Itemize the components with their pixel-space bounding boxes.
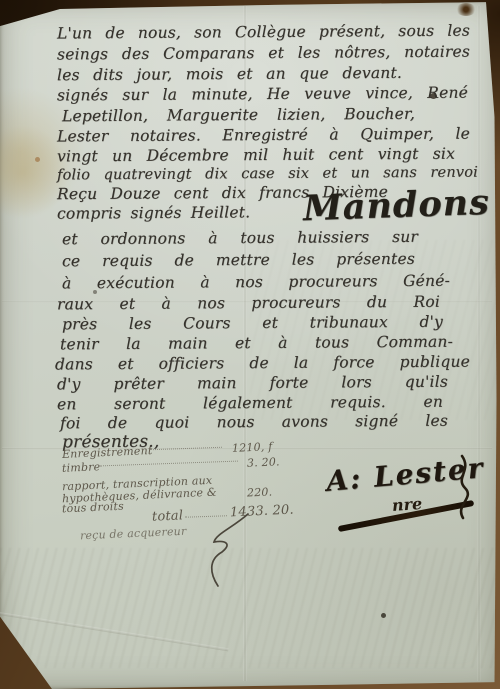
manuscript-line: ce requis de mettre les présentes	[62, 249, 415, 271]
manuscript-line: Lepetillon, Marguerite lizien, Boucher,	[62, 104, 415, 126]
fee-row: timbre	[62, 460, 101, 475]
fee-amount: 3. 20.	[247, 455, 280, 469]
manuscript-line: d'y prêter main forte lors qu'ils	[57, 372, 448, 395]
ink-dot	[381, 613, 386, 618]
corner-crease	[0, 608, 229, 652]
photograph-background: L'un de nous, son Collègue présent, sous…	[0, 0, 500, 689]
fee-amount: 220.	[247, 485, 273, 499]
fee-row: Enregistrement	[62, 444, 153, 461]
manuscript-line: L'un de nous, son Collègue présent, sous…	[57, 21, 470, 44]
manuscript-paper-sheet: L'un de nous, son Collègue présent, sous…	[0, 0, 500, 689]
manuscript-line: raux et à nos procureurs du Roi	[57, 292, 440, 315]
manuscript-line: signés sur la minute, He veuve vince, Re…	[57, 83, 468, 106]
fee-row: tous droits	[62, 500, 124, 516]
manuscript-line: à exécution à nos procureurs Géné-	[62, 271, 450, 294]
pen-flourish-mark	[196, 512, 252, 592]
fee-label: Enregistrement	[62, 444, 153, 461]
corner-blot	[456, 3, 476, 16]
manuscript-line: les dits jour, mois et an que devant.	[57, 63, 402, 85]
mandons-word: Mandons	[302, 183, 490, 229]
manuscript-line: seings des Comparans et les nôtres, nota…	[57, 42, 470, 65]
leader-line	[100, 461, 238, 467]
manuscript-line: foi de quoi nous avons signé les	[60, 411, 448, 434]
manuscript-line: et ordonnons à tous huissiers sur	[62, 227, 418, 249]
fee-row-receipt: reçu de acquereur	[80, 525, 187, 543]
manuscript-line: tenir la main et à tous Comman-	[60, 332, 453, 355]
right-fold-crease	[477, 6, 481, 681]
fee-amount: 1210, f	[232, 440, 273, 455]
fee-row-total: total	[152, 509, 184, 523]
fee-label: timbre	[62, 460, 101, 475]
manuscript-line: près les Cours et tribunaux d'y	[62, 312, 443, 335]
manuscript-line: compris signés Heillet.	[57, 202, 250, 223]
signature-tail-flourish	[448, 452, 478, 530]
